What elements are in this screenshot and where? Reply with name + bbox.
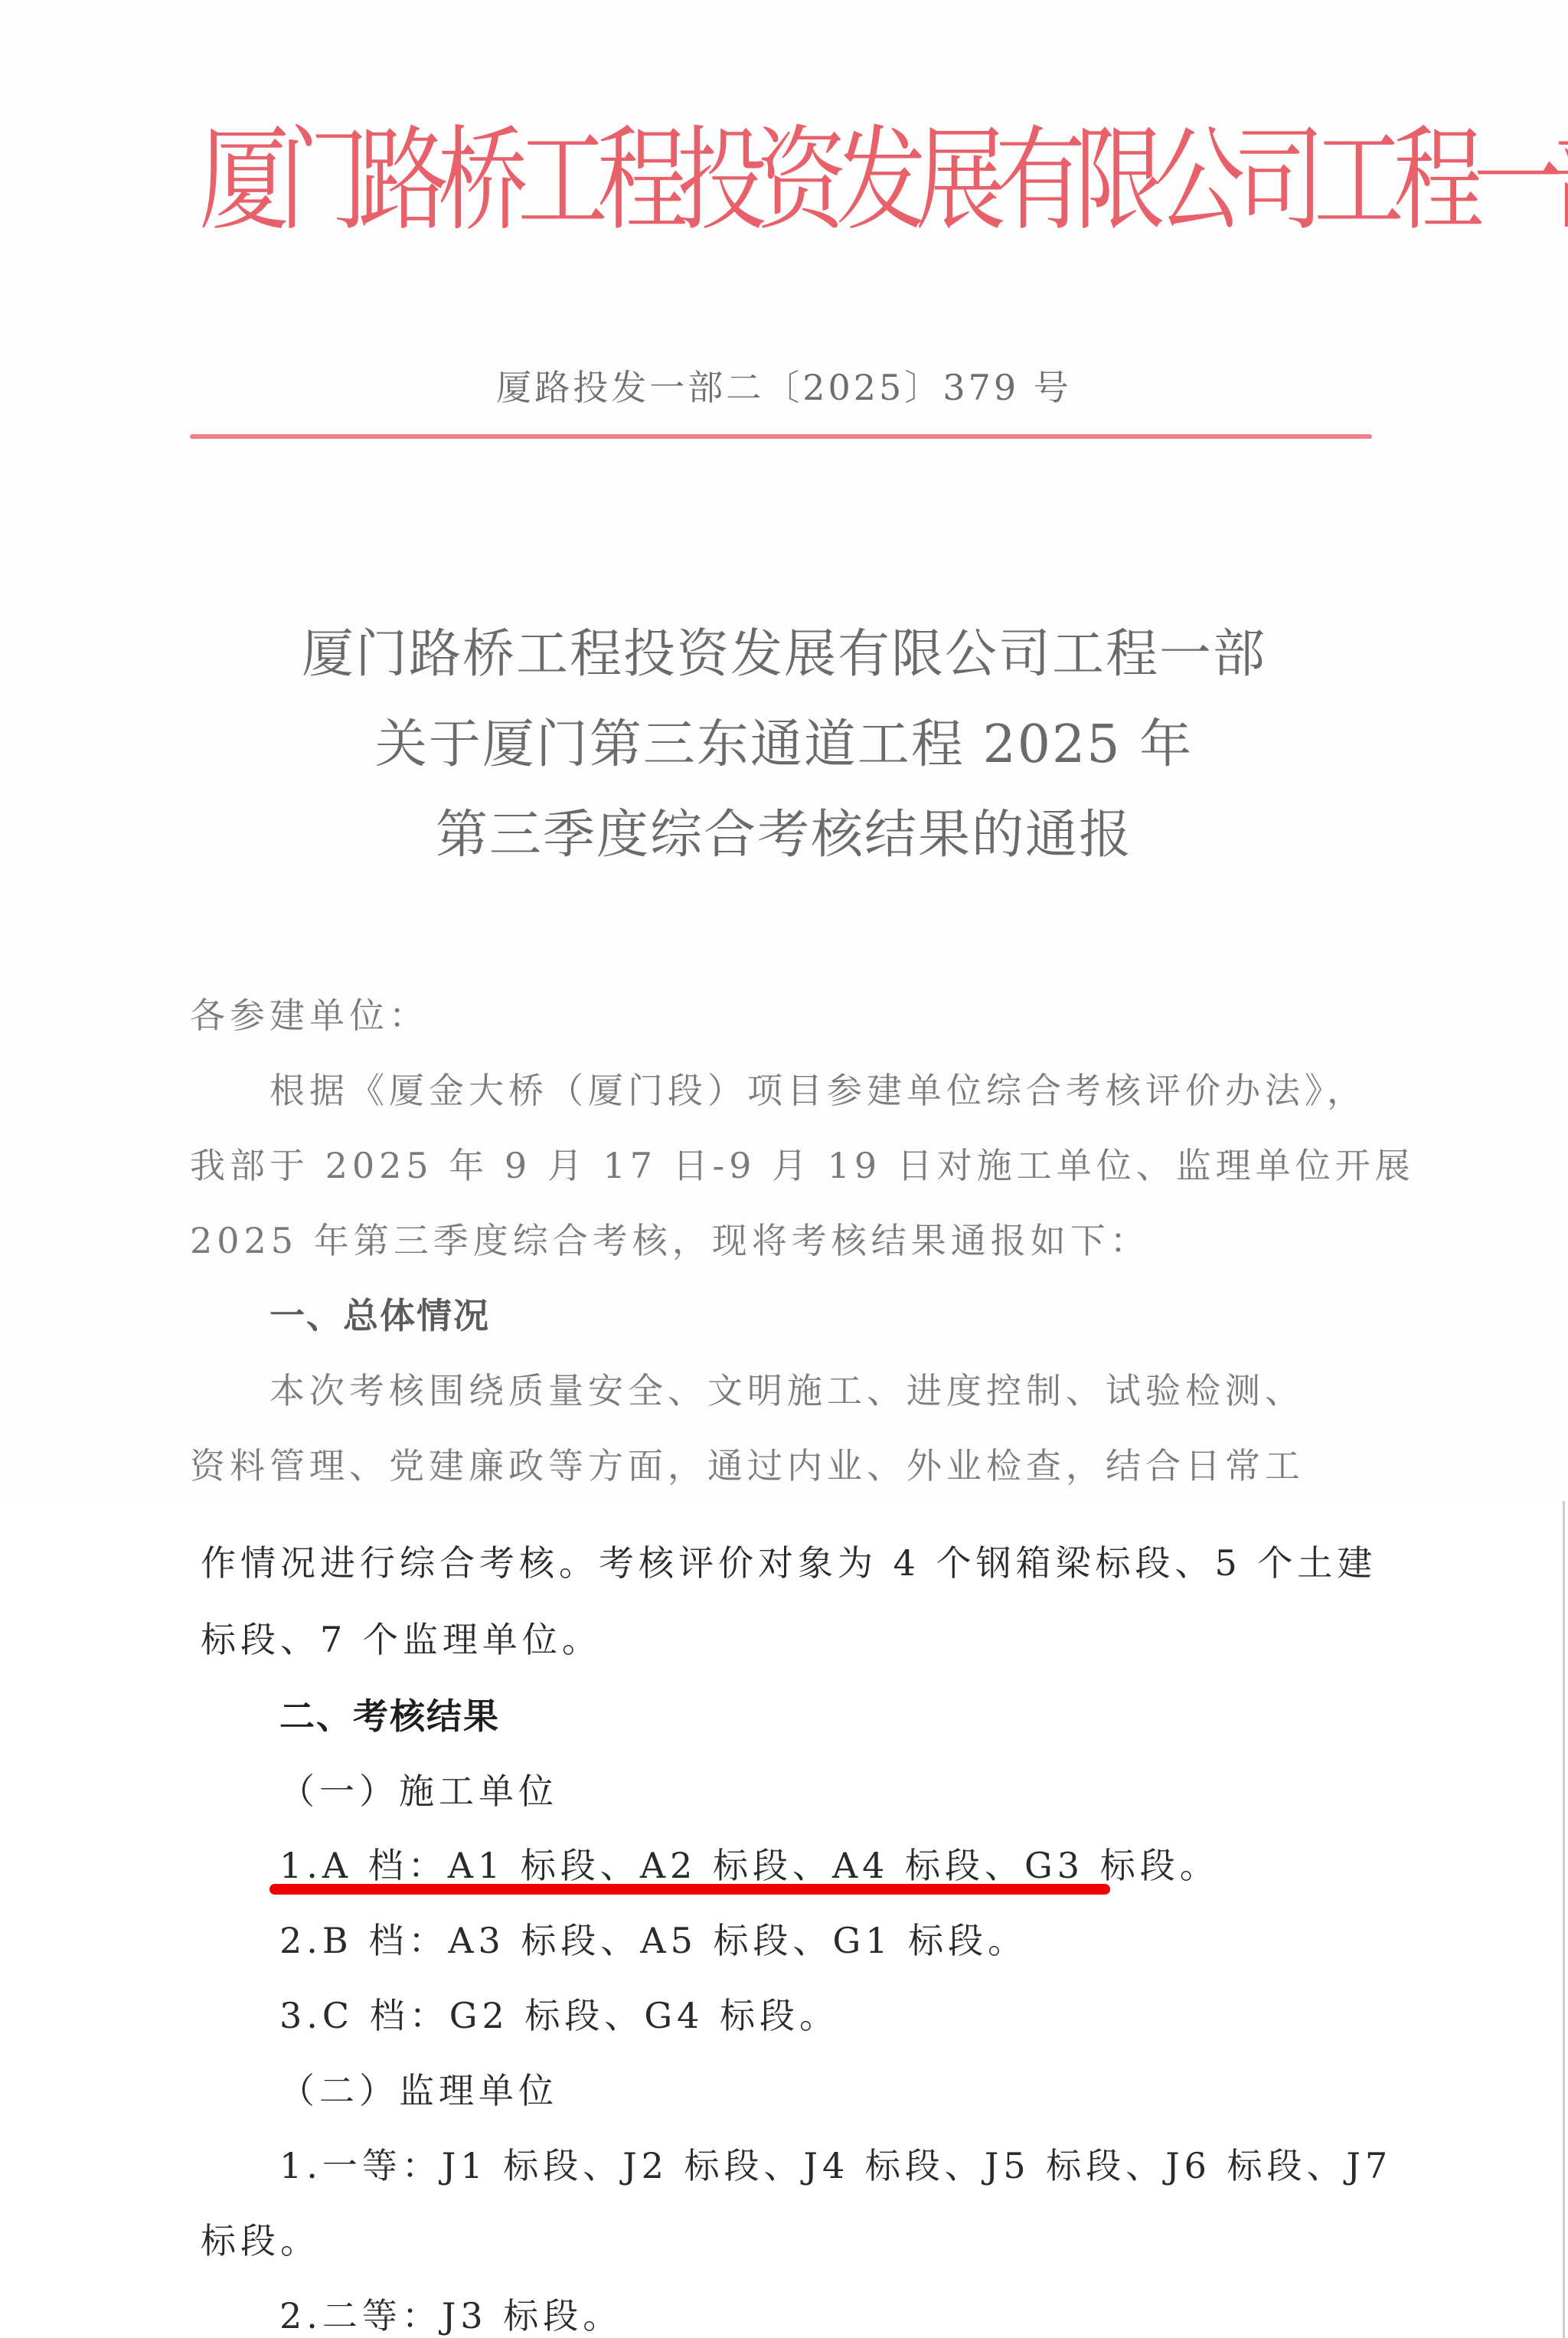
red-divider-rule bbox=[190, 434, 1372, 439]
document-title-line-2: 关于厦门第三东通道工程 2025 年 bbox=[0, 703, 1568, 777]
salutation: 各参建单位： bbox=[190, 988, 429, 1038]
intro-paragraph-line-3: 2025 年第三季度综合考核，现将考核结果通报如下： bbox=[190, 1213, 1150, 1264]
subsection-construction-units: （一）施工单位 bbox=[279, 1764, 558, 1814]
construction-result-a: 1.A 档：A1 标段、A2 标段、A4 标段、G3 标段。 bbox=[279, 1838, 1220, 1888]
supervision-result-second: 2.二等：J3 标段。 bbox=[279, 2288, 622, 2338]
construction-result-b: 2.B 档：A3 标段、A5 标段、G1 标段。 bbox=[279, 1913, 1027, 1964]
intro-paragraph-line-1: 根据《厦金大桥（厦门段）项目参建单位综合考核评价办法》， bbox=[269, 1063, 1367, 1113]
document-number: 厦路投发一部二〔2025〕379 号 bbox=[0, 360, 1568, 410]
section-1-line-2: 资料管理、党建廉政等方面，通过内业、外业检查，结合日常工 bbox=[190, 1438, 1305, 1489]
red-letterhead-title: 厦门路桥工程投资发展有限公司工程一部文件 bbox=[199, 84, 1370, 276]
document-title-line-1: 厦门路桥工程投资发展有限公司工程一部 bbox=[0, 613, 1568, 687]
section-1-line-1: 本次考核围绕质量安全、文明施工、进度控制、试验检测、 bbox=[269, 1363, 1305, 1414]
section-1-line-3: 作情况进行综合考核。考核评价对象为 4 个钢箱梁标段、5 个土建 bbox=[201, 1535, 1377, 1586]
supervision-result-first-line-2: 标段。 bbox=[201, 2213, 320, 2264]
subsection-supervision-units: （二）监理单位 bbox=[279, 2063, 558, 2114]
section-1-line-4: 标段、7 个监理单位。 bbox=[201, 1612, 602, 1663]
intro-paragraph-line-2: 我部于 2025 年 9 月 17 日-9 月 19 日对施工单位、监理单位开展 bbox=[190, 1138, 1415, 1189]
red-highlight-underline bbox=[269, 1884, 1110, 1895]
construction-result-c: 3.C 档：G2 标段、G4 标段。 bbox=[279, 1988, 839, 2039]
supervision-result-first-line-1: 1.一等：J1 标段、J2 标段、J4 标段、J5 标段、J6 标段、J7 bbox=[279, 2138, 1392, 2189]
section-1-heading: 一、总体情况 bbox=[269, 1288, 490, 1339]
document-title-line-3: 第三季度综合考核结果的通报 bbox=[0, 793, 1568, 868]
section-2-heading: 二、考核结果 bbox=[279, 1689, 500, 1739]
page-edge-shadow bbox=[1563, 1501, 1565, 2338]
